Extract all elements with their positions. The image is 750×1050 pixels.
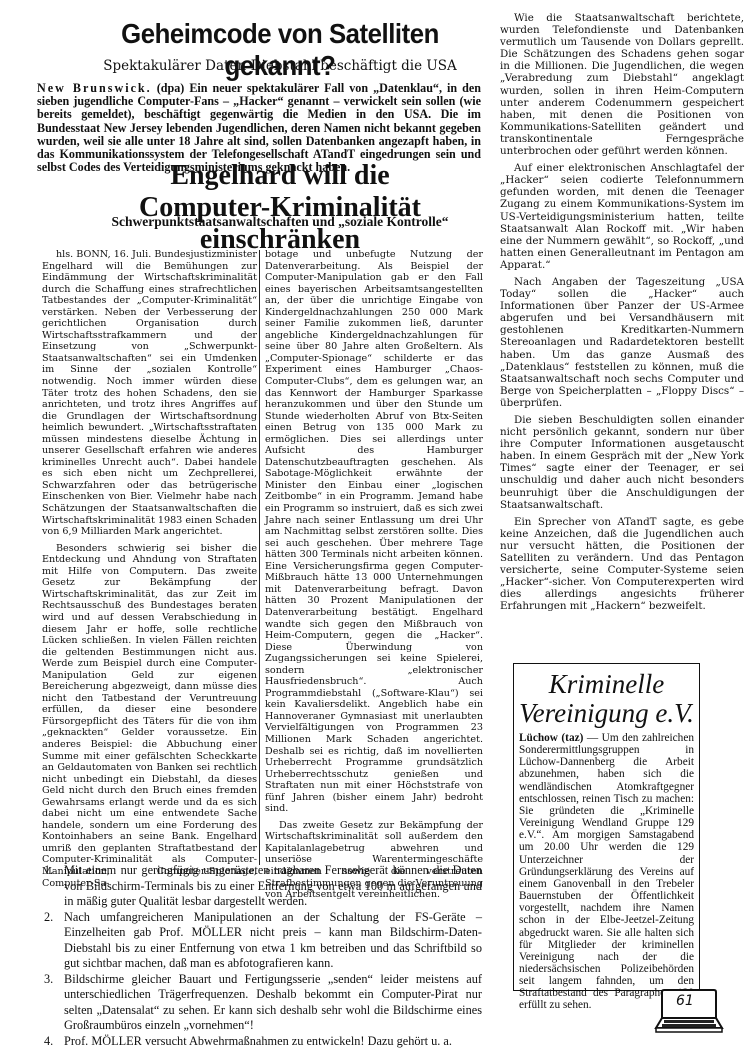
boxed-article-dateline: Lüchow (taz) — [519, 732, 583, 744]
list-item: 1.Mit einem nur geringfügig umgerüsteten… — [42, 863, 482, 910]
page-number: 61 — [676, 993, 694, 1009]
paragraph: Auf einer elektronischen Anschlagtafel d… — [500, 162, 744, 271]
paragraph: Die sieben Beschuldigten sollen einander… — [500, 414, 744, 511]
paragraph: Besonders schwierig sei bisher die Entde… — [42, 543, 257, 889]
numbered-list: 1.Mit einem nur geringfügig umgerüsteten… — [42, 863, 482, 1049]
paragraph: Nach Angaben der Tageszeitung „USA Today… — [500, 276, 744, 409]
article2-headline-line1: Engelhard will die — [60, 160, 500, 192]
article2-subheadline: Schwerpunktstaatsanwaltschaften und „soz… — [60, 214, 500, 230]
article2-column-1: hls. BONN, 16. Juli. Bundesjustizministe… — [42, 249, 257, 889]
article1-dateline: New Brunswick. — [37, 81, 152, 95]
paragraph: botage und unbefugte Nutzung der Datenve… — [265, 249, 483, 815]
column-divider — [259, 250, 260, 865]
paragraph: Wie die Staatsanwaltschaft berichtete, w… — [500, 12, 744, 157]
article1-subheadline: Spektakulärer Daten-Diebstahl beschäftig… — [70, 58, 490, 74]
article2-headline: Engelhard will die Computer-Kriminalität… — [60, 160, 500, 256]
list-item: 2.Nach umfangreicheren Manipulationen an… — [42, 910, 482, 972]
list-item: 4.Prof. MÖLLER versucht Abwehrmaßnahmen … — [42, 1034, 482, 1050]
boxed-article-text: Lüchow (taz) — Um den zahlreichen Sonder… — [519, 732, 694, 1012]
article2-column-2: botage und unbefugte Nutzung der Datenve… — [265, 249, 483, 901]
paragraph: Ein Sprecher von ATandT sagte, es gebe k… — [500, 516, 744, 613]
page-number-badge: 61 — [654, 988, 724, 1034]
list-item: 3.Bildschirme gleicher Bauart und Fertig… — [42, 972, 482, 1034]
boxed-article-headline: Kriminelle Vereinigung e.V. — [519, 670, 694, 728]
boxed-article: Kriminelle Vereinigung e.V. Lüchow (taz)… — [513, 663, 700, 991]
paragraph: hls. BONN, 16. Juli. Bundesjustizministe… — [42, 249, 257, 538]
article1-continuation-column: Wie die Staatsanwaltschaft berichtete, w… — [500, 12, 744, 613]
